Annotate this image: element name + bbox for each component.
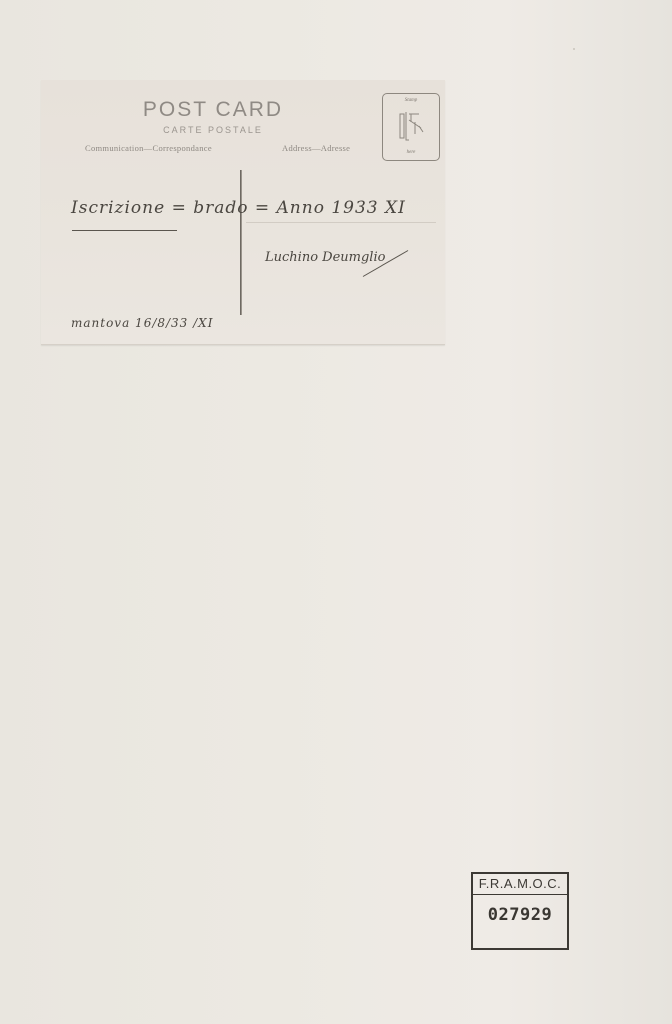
address-guide-line — [246, 222, 436, 223]
archive-stamp-label: F.R.A.M.O.C. — [473, 874, 567, 895]
handwritten-underline — [72, 230, 177, 231]
postcard-subtitle: CARTE POSTALE — [11, 125, 415, 135]
postcard-back: POST CARD CARTE POSTALE Communication—Co… — [41, 80, 445, 345]
dust-speck — [573, 48, 575, 50]
stamp-placeholder-box: Stamp here — [382, 93, 440, 161]
stamp-box-bottom-text: here — [383, 150, 439, 155]
handwritten-date: mantova 16/8/33 /XI — [71, 316, 213, 330]
archive-stamp-number: 027929 — [473, 905, 567, 925]
handwritten-title: Iscrizione = brado = Anno 1933 XI — [71, 198, 406, 218]
address-label: Address—Adresse — [282, 143, 350, 153]
communication-label: Communication—Correspondance — [85, 143, 212, 153]
handwritten-signature: Luchino Deumglio — [265, 250, 385, 265]
postcard-title: POST CARD — [11, 98, 415, 122]
vertical-divider — [240, 170, 242, 315]
stamp-box-top-text: Stamp — [383, 98, 439, 103]
archive-stamp: F.R.A.M.O.C. 027929 — [471, 872, 569, 950]
monogram-logo-icon — [397, 108, 427, 144]
